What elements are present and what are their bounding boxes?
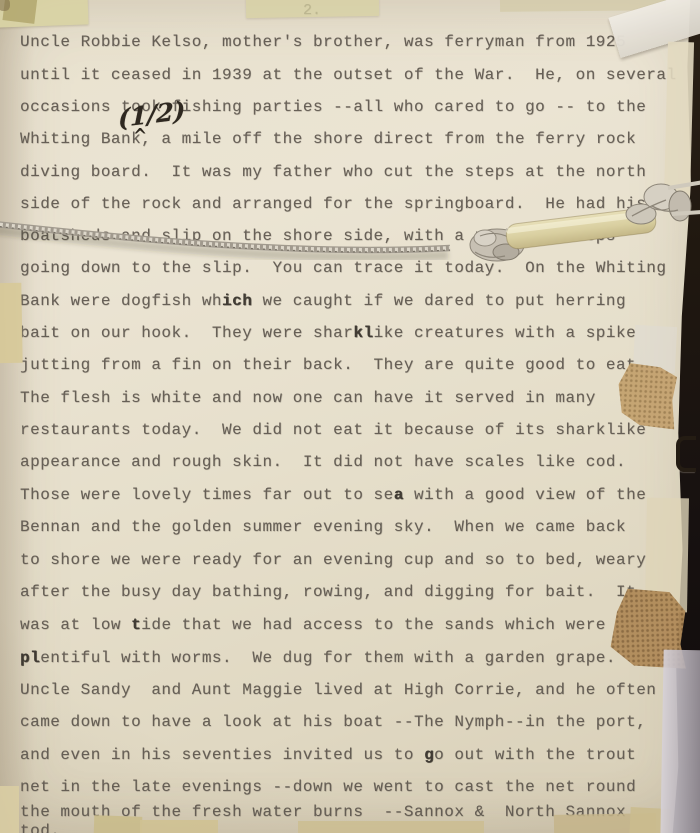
text-line: boatsheds and slip on the shore side, wi… [20, 227, 616, 246]
tape-bottom-2 [140, 820, 218, 833]
text-line: to shore we were ready for an evening cu… [20, 551, 646, 570]
text-line: Whiting Bank, a mile off the shore direc… [20, 130, 636, 149]
text-line: came down to have a look at his boat --T… [20, 713, 646, 732]
text-line: diving board. It was my father who cut t… [20, 163, 646, 182]
text-line: side of the rock and arranged for the sp… [20, 195, 646, 214]
text-line: jutting from a fin on their back. They a… [20, 356, 646, 375]
tape-top-center [246, 0, 379, 18]
tape-bottom-3 [298, 821, 484, 833]
text-line: Those were lovely times far out to sea w… [20, 486, 646, 505]
tape-bottom-left [0, 786, 19, 833]
text-line: Uncle Robbie Kelso, mother's brother, wa… [20, 33, 626, 52]
text-line: Bank were dogfish which we caught if we … [20, 292, 626, 311]
text-line: net in the late evenings --down we went … [20, 778, 636, 797]
text-line: and even in his seventies invited us to … [20, 746, 636, 765]
photographed-document-page: Uncle Robbie Kelso, mother's brother, wa… [0, 0, 700, 833]
text-line: Bennan and the golden summer evening sky… [20, 518, 626, 537]
text-line: occasions took fishing parties --all who… [20, 98, 646, 117]
insertion-caret-mark: ^ [133, 125, 147, 149]
paperclip-icon [676, 436, 696, 472]
tape-right-edge [664, 42, 694, 201]
text-line: plentiful with worms. We dug for them wi… [20, 649, 616, 668]
text-line: was at low tide that we had access to th… [20, 616, 606, 635]
text-line: appearance and rough skin. It did not ha… [20, 453, 626, 472]
tape-top-left-speck [0, 0, 10, 11]
tape-right-bottom-strip [660, 650, 700, 833]
text-line: The flesh is white and now one can have … [20, 389, 596, 408]
typewritten-text: Uncle Robbie Kelso, mother's brother, wa… [0, 0, 700, 833]
text-line: tod. [20, 822, 60, 833]
text-line: Uncle Sandy and Aunt Maggie lived at Hig… [20, 681, 656, 700]
text-line: bait on our hook. They were sharklike cr… [20, 324, 636, 343]
text-line: going down to the slip. You can trace it… [20, 259, 667, 278]
text-line: restaurants today. We did not eat it bec… [20, 421, 646, 440]
text-line: after the busy day bathing, rowing, and … [20, 583, 636, 602]
tape-bottom-1 [94, 815, 143, 833]
text-line: until it ceased in 1939 at the outset of… [20, 66, 677, 85]
tape-left-edge [0, 283, 23, 363]
